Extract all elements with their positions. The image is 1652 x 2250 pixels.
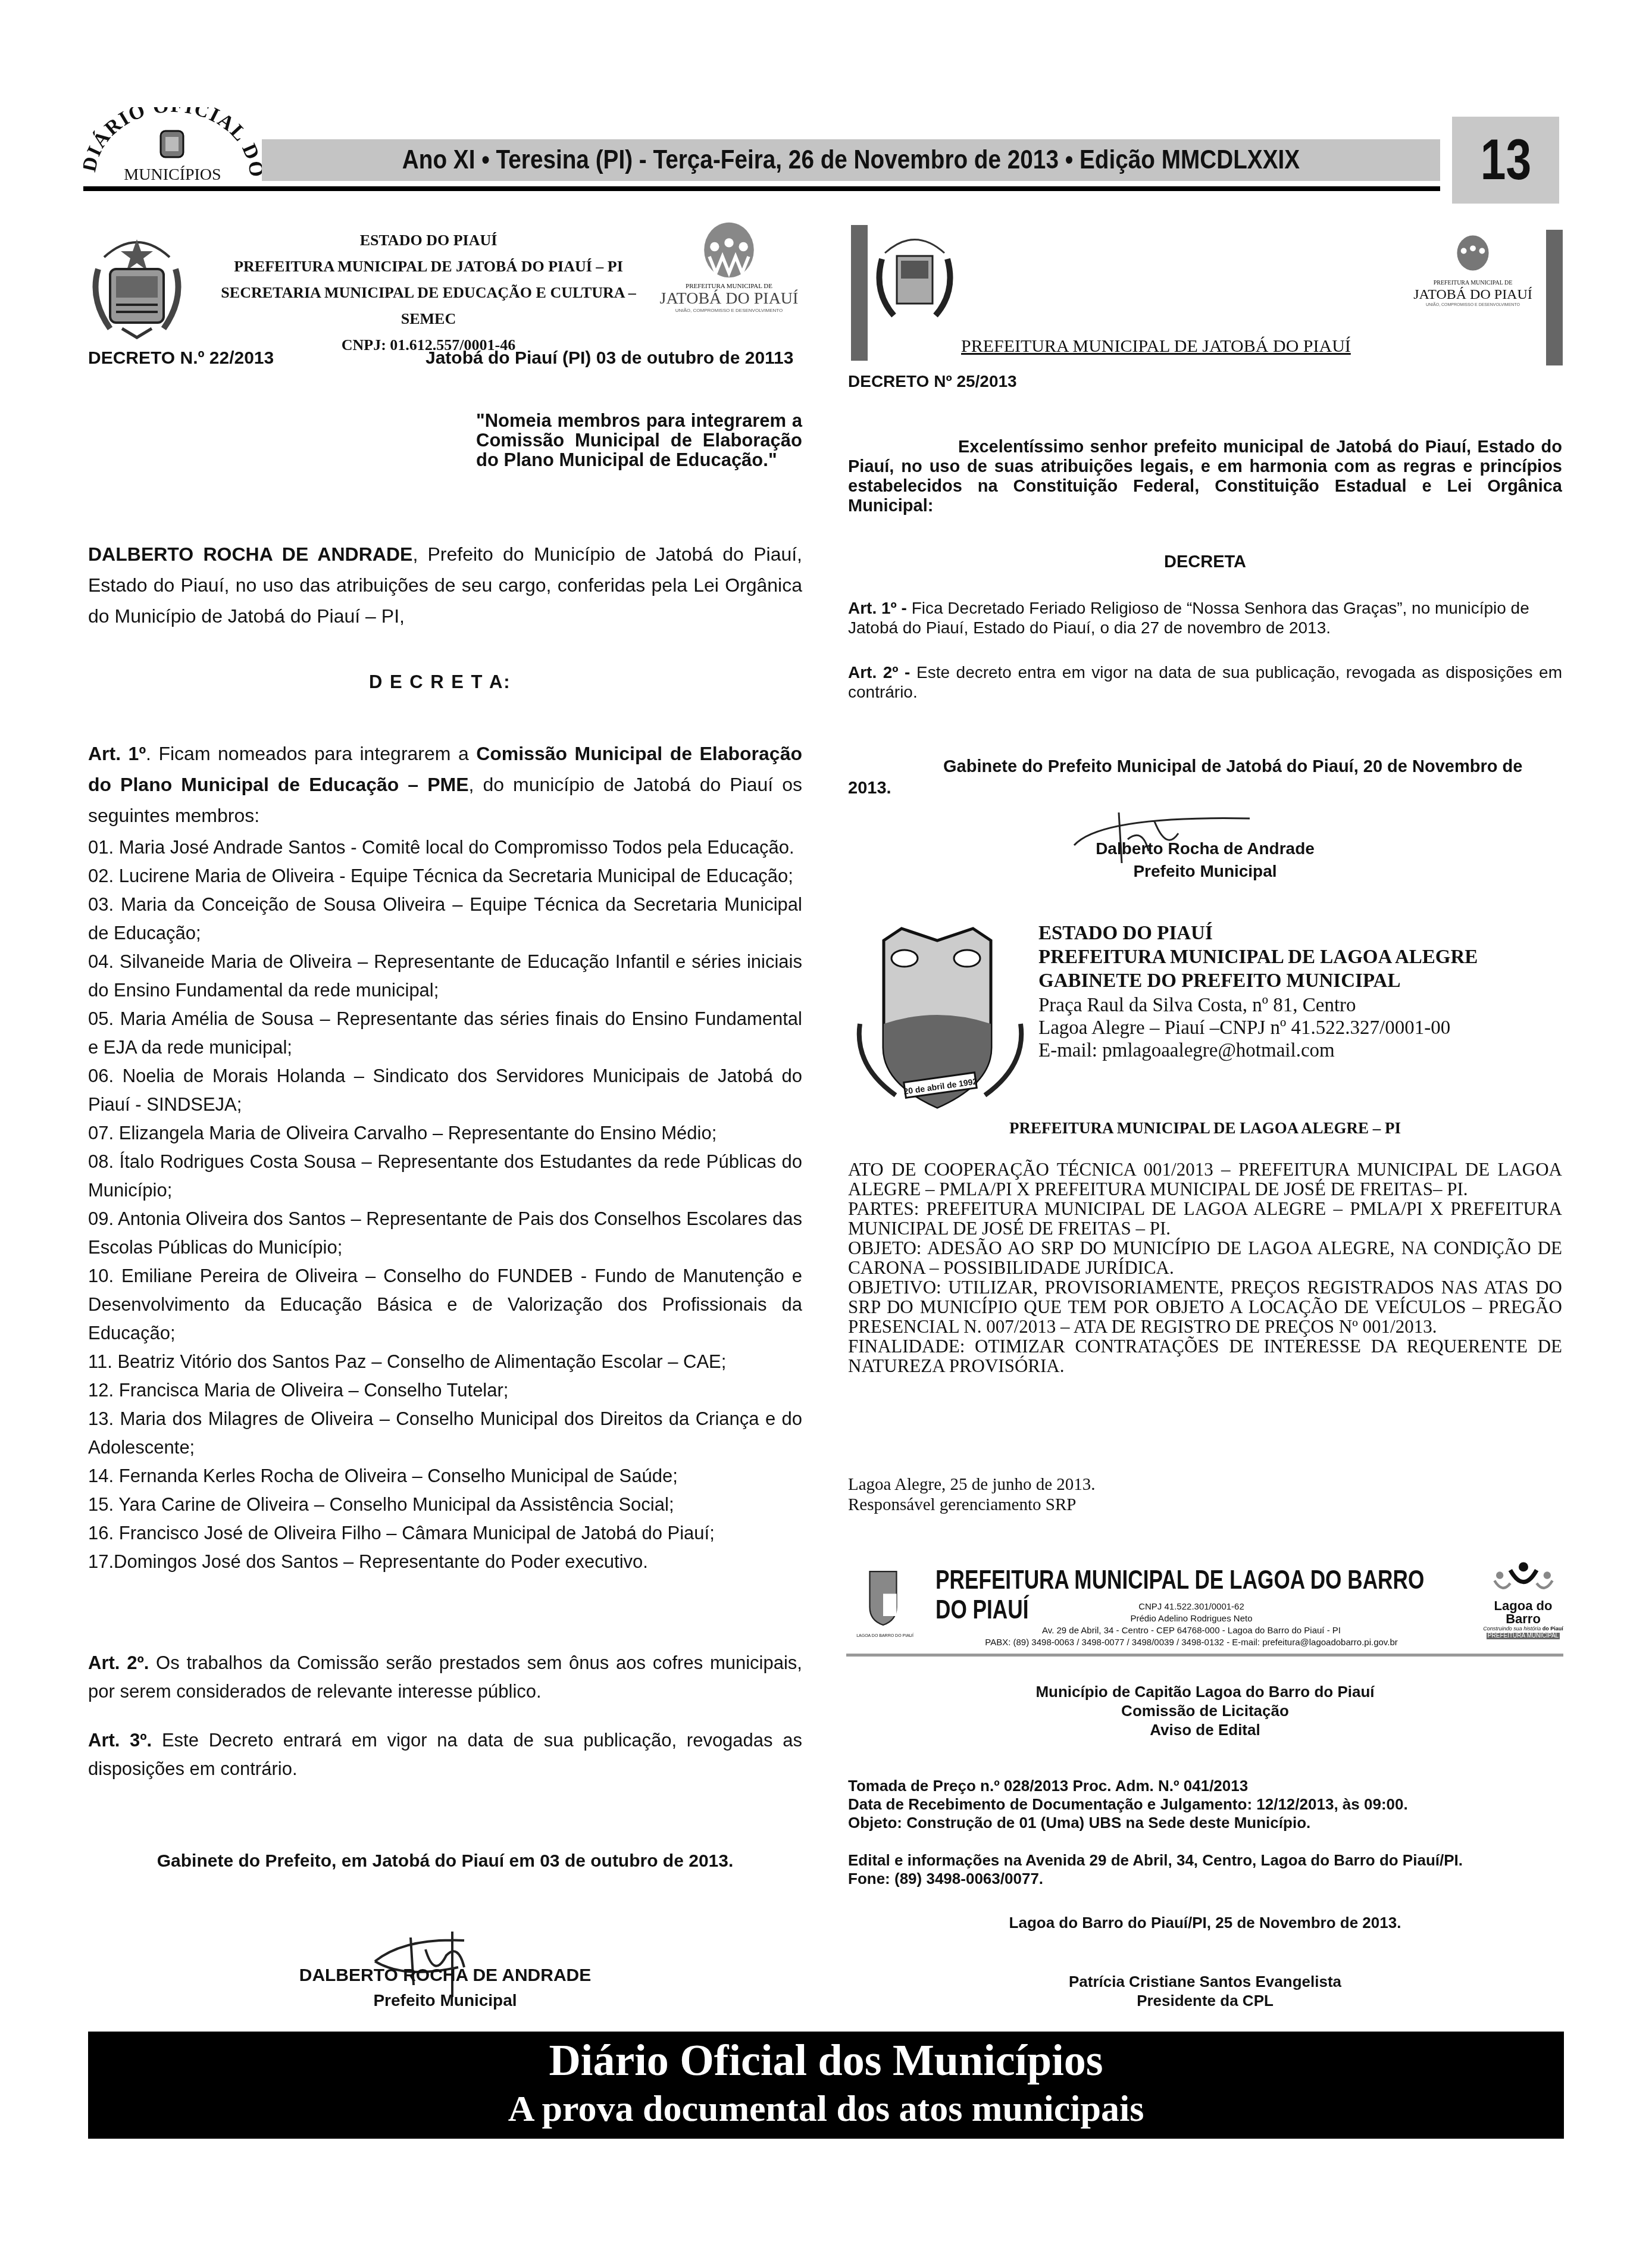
lagoa-do-barro-contact-line: PABX: (89) 3498-0063 / 3498-0077 / 3498/… (909, 1637, 1474, 1649)
lagoa-alegre-responsible: Responsável gerenciamento SRP (848, 1495, 1096, 1515)
decree25-banner: PREFEITURA MUNICIPAL DE JATOBÁ DO PIAUÍ (961, 336, 1351, 357)
lagoa-alegre-paragraph: OBJETO: ADESÃO AO SRP DO MUNICÍPIO DE LA… (848, 1238, 1562, 1277)
lagoa-alegre-header-line: PREFEITURA MUNICIPAL DE LAGOA ALEGRE (1038, 945, 1478, 969)
member-item: 04. Silvaneide Maria de Oliveira – Repre… (88, 948, 802, 1005)
decree22-signer-name: DALBERTO ROCHA DE ANDRADE (88, 1965, 802, 1986)
lagoa-do-barro-details: Tomada de Preço n.º 028/2013 Proc. Adm. … (848, 1777, 1562, 1832)
lagoa-do-barro-signature: Patrícia Cristiane Santos Evangelista Pr… (848, 1972, 1562, 2010)
issue-banner: Ano XI • Teresina (PI) - Terça-Feira, 26… (262, 139, 1440, 181)
lagoa-do-barro-info-line: Fone: (89) 3498-0063/0077. (848, 1870, 1562, 1888)
footer-tagline: A prova documental dos atos municipais (88, 2086, 1564, 2132)
decree25-number: DECRETO Nº 25/2013 (848, 372, 1017, 391)
people-celebrating-icon (1491, 1560, 1556, 1596)
decree25-jatoba-logo: PREFEITURA MUNICIPAL DE JATOBÁ DO PIAUÍ … (1401, 229, 1544, 330)
jatoba-globe-people-icon (1452, 229, 1494, 277)
state-coat-of-arms-icon (870, 226, 959, 327)
lagoa-alegre-header: ESTADO DO PIAUÍPREFEITURA MUNICIPAL DE L… (1038, 921, 1478, 993)
lagoa-do-barro-heading: Município de Capitão Lagoa do Barro do P… (848, 1682, 1562, 1739)
decree22-art1: Art. 1º. Ficam nomeados para integrarem … (88, 738, 802, 831)
member-item: 08. Ítalo Rodrigues Costa Sousa – Repres… (88, 1148, 802, 1205)
lagoa-alegre-subtitle: PREFEITURA MUNICIPAL DE LAGOA ALEGRE – P… (848, 1119, 1562, 1137)
decree25-signer-title: Prefeito Municipal (848, 862, 1562, 881)
lagoa-alegre-coat-of-arms-icon: 20 de abril de 1992 (848, 917, 1032, 1113)
lagoa-do-barro-contact: CNPJ 41.522.301/0001-62Prédio Adelino Ro… (909, 1601, 1474, 1649)
lagoa-alegre-paragraph: PARTES: PREFEITURA MUNICIPAL DE LAGOA AL… (848, 1199, 1562, 1238)
decree22-header: ESTADO DO PIAUÍ PREFEITURA MUNICIPAL DE … (196, 227, 661, 358)
jatoba-logo: PREFEITURA MUNICIPAL DE JATOBÁ DO PIAUÍ … (658, 220, 800, 321)
member-item: 09. Antonia Oliveira dos Santos – Repres… (88, 1205, 802, 1262)
member-item: 02. Lucirene Maria de Oliveira - Equipe … (88, 862, 802, 890)
member-item: 01. Maria José Andrade Santos - Comitê l… (88, 833, 802, 862)
member-item: 17.Domingos José dos Santos – Representa… (88, 1548, 802, 1576)
header-secretaria: SECRETARIA MUNICIPAL DE EDUCAÇÃO E CULTU… (196, 280, 661, 332)
lagoa-alegre-signoff: Lagoa Alegre, 25 de junho de 2013. Respo… (848, 1474, 1096, 1515)
decree25-decreta: DECRETA (848, 552, 1562, 572)
header-prefeitura: PREFEITURA MUNICIPAL DE JATOBÁ DO PIAUÍ … (196, 254, 661, 280)
lagoa-do-barro-contact-line: Prédio Adelino Rodrigues Neto (909, 1613, 1474, 1625)
lagoa-alegre-header-line: ESTADO DO PIAUÍ (1038, 921, 1478, 945)
member-item: 13. Maria dos Milagres de Oliveira – Con… (88, 1405, 802, 1462)
footer-title: Diário Oficial dos Municípios (88, 2032, 1564, 2086)
decree25-closing: Gabinete do Prefeito Municipal de Jatobá… (848, 756, 1562, 799)
decree22-art2: Art. 2º. Os trabalhos da Comissão serão … (88, 1649, 802, 1706)
lagoa-do-barro-place-date: Lagoa do Barro do Piauí/PI, 25 de Novemb… (848, 1914, 1562, 1932)
lagoa-do-barro-contact-line: CNPJ 41.522.301/0001-62 (909, 1601, 1474, 1613)
cpl-president-title: Presidente da CPL (848, 1991, 1562, 2010)
member-item: 05. Maria Amélia de Sousa – Representant… (88, 1005, 802, 1062)
state-coat-of-arms-icon (86, 221, 187, 340)
member-item: 10. Emiliane Pereira de Oliveira – Conse… (88, 1262, 802, 1348)
decree25-preamble: Excelentíssimo senhor prefeito municipal… (848, 437, 1562, 516)
lagoa-alegre-address: Praça Raul da Silva Costa, nº 81, Centro… (1038, 994, 1450, 1062)
lagoa-do-barro-logo: Lagoa do Barro Construindo sua história … (1483, 1560, 1563, 1640)
decree22-art3: Art. 3º. Este Decreto entrará em vigor n… (88, 1726, 802, 1783)
lagoa-do-barro-banner: LAGOA DO BARRO DO PIAUÍ PREFEITURA MUNIC… (846, 1560, 1563, 1661)
lagoa-do-barro-contact-line: Av. 29 de Abril, 34 - Centro - CEP 64768… (909, 1625, 1474, 1637)
newspaper-seal-icon: DIÁRIO OFICIAL DOS MUNICÍPIOS (83, 107, 262, 185)
decree25-signer-name: Dalberto Rocha de Andrade (848, 839, 1562, 858)
lagoa-do-barro-detail-line: Data de Recebimento de Documentação e Ju… (848, 1795, 1562, 1814)
lagoa-do-barro-detail-line: Tomada de Preço n.º 028/2013 Proc. Adm. … (848, 1777, 1562, 1795)
lagoa-do-barro-coat-of-arms-icon (865, 1563, 901, 1633)
lagoa-alegre-header-line: GABINETE DO PREFEITO MUNICIPAL (1038, 969, 1478, 993)
lagoa-do-barro-heading-line: Município de Capitão Lagoa do Barro do P… (848, 1682, 1562, 1701)
member-item: 06. Noelia de Morais Holanda – Sindicato… (88, 1062, 802, 1119)
lagoa-alegre-place-date: Lagoa Alegre, 25 de junho de 2013. (848, 1474, 1096, 1495)
piaui-state-emblem (86, 221, 187, 340)
member-item: 16. Francisco José de Oliveira Filho – C… (88, 1519, 802, 1548)
lagoa-alegre-body: ATO DE COOPERAÇÃO TÉCNICA 001/2013 – PRE… (848, 1160, 1562, 1376)
decree22-preamble: DALBERTO ROCHA DE ANDRADE, Prefeito do M… (88, 539, 802, 632)
lagoa-do-barro-info: Edital e informações na Avenida 29 de Ab… (848, 1851, 1562, 1888)
decree22-signer-title: Prefeito Municipal (88, 1991, 802, 2010)
lagoa-do-barro-heading-line: Aviso de Edital (848, 1720, 1562, 1739)
cpl-president-name: Patrícia Cristiane Santos Evangelista (848, 1972, 1562, 1991)
signature-mark (369, 1932, 518, 1997)
header-state: ESTADO DO PIAUÍ (196, 227, 661, 254)
diario-oficial-logo: DIÁRIO OFICIAL DOS MUNICÍPIOS (83, 107, 262, 185)
lagoa-alegre-address-line: Lagoa Alegre – Piauí –CNPJ nº 41.522.327… (1038, 1017, 1450, 1039)
lagoa-alegre-paragraph: FINALIDADE: OTIMIZAR CONTRATAÇÕES DE INT… (848, 1336, 1562, 1376)
jatoba-globe-people-icon (696, 220, 762, 280)
decree25-art2: Art. 2º - Este decreto entra em vigor na… (848, 662, 1562, 702)
member-item: 14. Fernanda Kerles Rocha de Oliveira – … (88, 1462, 802, 1490)
lagoa-alegre-emblem: 20 de abril de 1992 (848, 917, 1032, 1113)
decree25-state-emblem (870, 226, 959, 327)
decree22-ementa: "Nomeia membros para integrarem a Comiss… (476, 411, 802, 470)
signature-icon (369, 1932, 518, 1997)
lagoa-do-barro-heading-line: Comissão de Licitação (848, 1701, 1562, 1720)
decree25-right-strip (1546, 230, 1563, 365)
decree22-member-list: 01. Maria José Andrade Santos - Comitê l… (88, 833, 802, 1576)
lagoa-alegre-address-line: Praça Raul da Silva Costa, nº 81, Centro (1038, 994, 1450, 1017)
decree22-decreta: D E C R E T A: (369, 671, 511, 693)
decree25-art1: Art. 1º - Fica Decretado Feriado Religio… (848, 598, 1562, 637)
lagoa-alegre-address-line: E-mail: pmlagoaalegre@hotmail.com (1038, 1039, 1450, 1062)
lagoa-do-barro-detail-line: Objeto: Construção de 01 (Uma) UBS na Se… (848, 1814, 1562, 1832)
lagoa-alegre-paragraph: OBJETIVO: UTILIZAR, PROVISORIAMENTE, PRE… (848, 1277, 1562, 1336)
lagoa-do-barro-info-line: Edital e informações na Avenida 29 de Ab… (848, 1851, 1562, 1870)
member-item: 07. Elizangela Maria de Oliveira Carvalh… (88, 1119, 802, 1148)
decree22-place-date: Jatobá do Piauí (PI) 03 de outubro de 20… (425, 348, 794, 368)
footer-banner: Diário Oficial dos Municípios A prova do… (88, 2032, 1564, 2139)
decree25-left-strip (851, 225, 868, 361)
issue-line: Ano XI • Teresina (PI) - Terça-Feira, 26… (402, 145, 1300, 175)
member-item: 11. Beatriz Vitório dos Santos Paz – Con… (88, 1348, 802, 1376)
member-item: 03. Maria da Conceição de Sousa Oliveira… (88, 890, 802, 948)
decree22-number: DECRETO N.º 22/2013 (88, 348, 274, 368)
member-item: 15. Yara Carine de Oliveira – Conselho M… (88, 1490, 802, 1519)
page-number-box: 13 (1452, 117, 1559, 204)
lagoa-do-barro-rule (846, 1654, 1563, 1657)
page-number: 13 (1480, 127, 1531, 193)
svg-text:MUNICÍPIOS: MUNICÍPIOS (124, 165, 221, 184)
decree22-closing: Gabinete do Prefeito, em Jatobá do Piauí… (88, 1851, 802, 1871)
lagoa-alegre-paragraph: ATO DE COOPERAÇÃO TÉCNICA 001/2013 – PRE… (848, 1160, 1562, 1199)
member-item: 12. Francisca Maria de Oliveira – Consel… (88, 1376, 802, 1405)
masthead-rule (83, 186, 1440, 191)
